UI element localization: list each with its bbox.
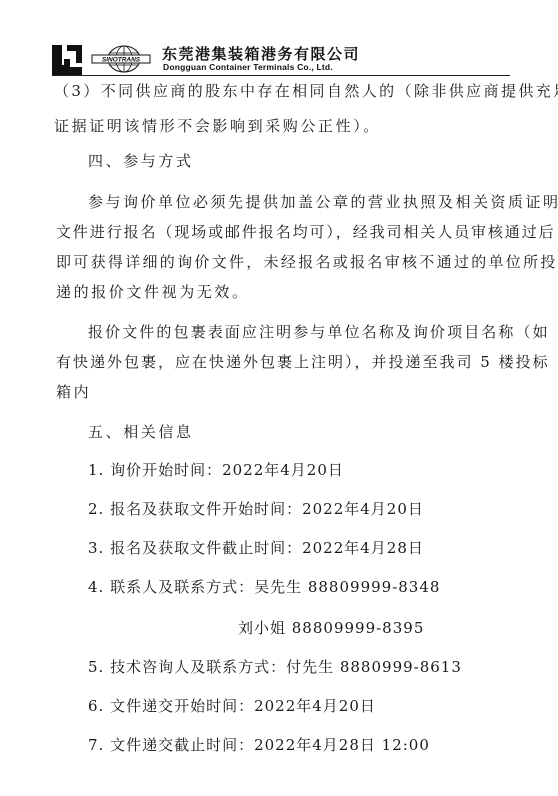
info-item-7: 7. 文件递交截止时间：2022年4月28日 12:00: [88, 736, 430, 754]
clause3-line1: （3）不同供应商的股东中存在相同自然人的（除非供应商提供充足: [54, 82, 558, 100]
info-item-6: 6. 文件递交开始时间：2022年4月20日: [88, 697, 376, 715]
section4-para2-line1: 报价文件的包裹表面应注明参与单位名称及询价项目名称（如: [88, 323, 550, 341]
section4-para1-line2: 文件进行报名（现场或邮件报名均可），经我司相关人员审核通过后: [56, 223, 556, 241]
info-item-1: 1. 询价开始时间：2022年4月20日: [88, 461, 344, 479]
letterhead: SINOTRANS 东莞港集装箱港务有限公司 Dongguan Containe…: [52, 43, 512, 76]
info-item-3: 3. 报名及获取文件截止时间：2022年4月28日: [88, 539, 424, 557]
svg-text:SINOTRANS: SINOTRANS: [102, 57, 141, 64]
section4-para1-line3: 即可获得详细的询价文件，未经报名或报名审核不通过的单位所投: [56, 253, 558, 271]
section5-heading: 五、相关信息: [88, 423, 194, 441]
section4-para2-line3: 箱内: [56, 383, 91, 401]
info-item-4: 4. 联系人及联系方式：吴先生 88809999-8348: [88, 578, 440, 596]
info-item-2: 2. 报名及获取文件开始时间：2022年4月20日: [88, 500, 424, 518]
company-logo-icon: [52, 45, 82, 75]
section4-heading: 四、参与方式: [88, 152, 194, 170]
sinotrans-globe-icon: SINOTRANS: [90, 45, 152, 73]
section4-para1-line1: 参与询价单位必须先提供加盖公章的营业执照及相关资质证明: [88, 193, 558, 211]
clause3-line2: 证据证明该情形不会影响到采购公正性）。: [54, 117, 381, 135]
info-item-5: 5. 技术咨询人及联系方式：付先生 8880999-8613: [88, 658, 462, 676]
section4-para1-line4: 递的报价文件视为无效。: [56, 283, 250, 301]
company-name-en: Dongguan Container Terminals Co., Ltd.: [163, 62, 333, 72]
company-name-cn: 东莞港集装箱港务有限公司: [162, 43, 360, 64]
letterhead-divider: [52, 75, 510, 76]
section4-para2-line2: 有快递外包裹，应在快递外包裹上注明），并投递至我司 5 楼投标: [56, 353, 550, 371]
document-page: SINOTRANS 东莞港集装箱港务有限公司 Dongguan Containe…: [0, 0, 558, 796]
info-item-4-contact2: 刘小姐 88809999-8395: [238, 619, 424, 637]
